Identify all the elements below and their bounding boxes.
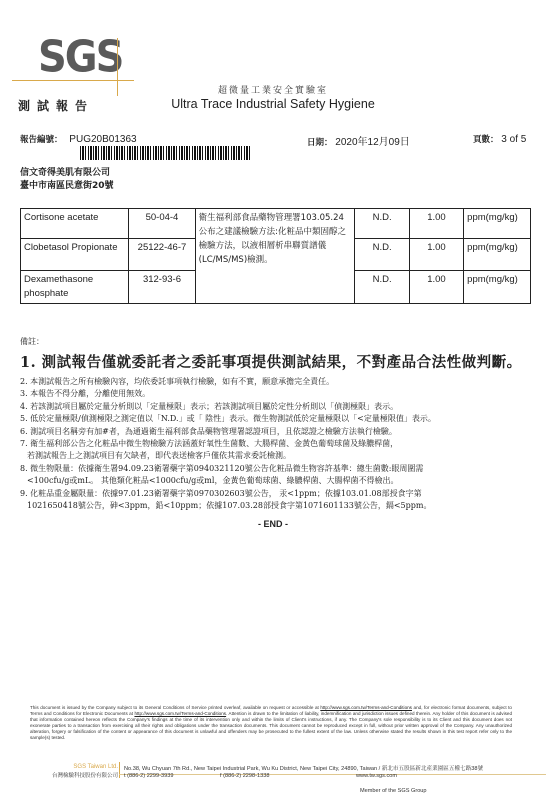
report-date: 日期： 2020年12月09日 — [307, 133, 410, 148]
unit: ppm(mg/kg) — [464, 209, 531, 239]
lab-name-zh: 超微量工業安全實驗室 — [0, 83, 546, 96]
unit: ppm(mg/kg) — [464, 271, 531, 304]
result-value: N.D. — [355, 271, 409, 304]
analyte-name: Clobetasol Propionate — [21, 239, 129, 271]
end-marker: - END - — [0, 519, 546, 529]
notes-section: 備註： 1. 測試報告僅就委託者之委託事項提供測試結果，不對產品合法性做判斷。 … — [20, 336, 535, 512]
lab-name-en: Ultra Trace Industrial Safety Hygiene — [0, 97, 546, 111]
cas-number: 312-93-6 — [129, 271, 195, 304]
electronic-terms-link[interactable]: http://www.sgs.com.tw/Terms-and-Conditio… — [134, 711, 226, 716]
footer-fax: f (886-2) 2298-1338 — [220, 773, 269, 779]
note-item: <100cfu/g或mL。 其他類化粧品<1000cfu/g或ml，金黃色葡萄球… — [20, 475, 535, 487]
date-value: 2020年12月09日 — [335, 137, 410, 148]
page-value: 3 of 5 — [501, 134, 526, 145]
unit: ppm(mg/kg) — [464, 239, 531, 271]
footer-member: Member of the SGS Group — [360, 788, 427, 794]
page-count: 頁數： 3 of 5 — [473, 133, 526, 145]
loq-value: 1.00 — [409, 209, 463, 239]
note-item: 7. 衛生福利部公告之化粧品中微生物檢驗方法涵蓋好氧性生菌數、大腸桿菌、金黃色葡… — [20, 438, 535, 450]
barcode — [80, 146, 250, 160]
report-number-value: PUG20B01363 — [69, 134, 136, 145]
note-item: 若測試報告上之測試項目有欠缺者，即代表送檢客戶僅依其需求委託檢測。 — [20, 450, 535, 462]
footer-company: SGS Taiwan Ltd. 台灣檢驗科技股份有限公司 — [30, 763, 118, 781]
date-label: 日期： — [307, 138, 333, 148]
note-item: 9. 化粧品重金屬限量：依據97.01.23衛署藥字第0970302603號公告… — [20, 488, 535, 500]
analyte-name: Dexamethasone phosphate — [21, 271, 129, 304]
note-item: 2. 本測試報告之所有檢驗內容，均依委託事項執行檢驗，如有不實，願意承擔完全責任… — [20, 376, 535, 388]
notes-header: 備註： — [20, 336, 535, 347]
note-item: 1021650418號公告，砷<3ppm，鉛<10ppm；依據107.03.28… — [20, 500, 535, 512]
note-item: 6. 測試項目名稱旁有加#者，為通過衛生福利部食品藥物管理署認證項目，且依認證之… — [20, 426, 535, 438]
company-name-zh: 台灣檢驗科技股份有限公司 — [30, 772, 118, 781]
page-label: 頁數： — [473, 135, 499, 145]
test-method: 衛生福利部食品藥物管理署103.05.24公布之建議檢驗方法:化粧品中類固醇之檢… — [195, 209, 355, 304]
result-value: N.D. — [355, 239, 409, 271]
footer-divider — [119, 762, 120, 778]
client-info: 信文奇得美肌有限公司 臺中市南區民意街20號 — [20, 167, 114, 193]
note-item: 5. 低於定量極限/偵測極限之測定值以「N.D.」或「 陰性」表示。微生物測試低… — [20, 413, 535, 425]
client-address: 臺中市南區民意街20號 — [20, 180, 114, 193]
company-name-en: SGS Taiwan Ltd. — [30, 763, 118, 772]
legal-disclaimer: This document is issued by the Company s… — [30, 705, 512, 742]
result-value: N.D. — [355, 209, 409, 239]
cas-number: 25122-46-7 — [129, 239, 195, 271]
logo-horizontal-line — [12, 80, 134, 81]
footer-phone: t (886-2) 2299-3939 — [124, 773, 173, 779]
report-number-label: 報告編號： — [20, 135, 63, 145]
cas-number: 50-04-4 — [129, 209, 195, 239]
note-item: 8. 微生物限量：依據衛生署94.09.23衛署藥字第0940321120號公告… — [20, 463, 535, 475]
note-item: 1. 測試報告僅就委託者之委託事項提供測試結果，不對產品合法性做判斷。 — [20, 351, 535, 372]
client-name: 信文奇得美肌有限公司 — [20, 167, 114, 180]
logo-text: SGS — [38, 36, 122, 79]
terms-link[interactable]: http://www.sgs.com.tw/Terms-and-Conditio… — [320, 705, 412, 710]
table-row: Cortisone acetate 50-04-4 衛生福利部食品藥物管理署10… — [21, 209, 531, 239]
loq-value: 1.00 — [409, 239, 463, 271]
note-item: 4. 若該測試項目屬於定量分析則以「定量極限」表示；若該測試項目屬於定性分析則以… — [20, 401, 535, 413]
results-table: Cortisone acetate 50-04-4 衛生福利部食品藥物管理署10… — [20, 208, 531, 304]
footer-website: www.tw.sgs.com — [356, 773, 397, 779]
analyte-name: Cortisone acetate — [21, 209, 129, 239]
loq-value: 1.00 — [409, 271, 463, 304]
report-number: 報告編號： PUG20B01363 — [20, 133, 137, 145]
note-item: 3. 本報告不得分離，分離使用無效。 — [20, 388, 535, 400]
footer-rule — [119, 774, 546, 775]
disclaimer-text: This document is issued by the Company s… — [30, 705, 320, 710]
footer-address: No.38, Wu Chyuan 7th Rd., New Taipei Ind… — [124, 764, 483, 772]
